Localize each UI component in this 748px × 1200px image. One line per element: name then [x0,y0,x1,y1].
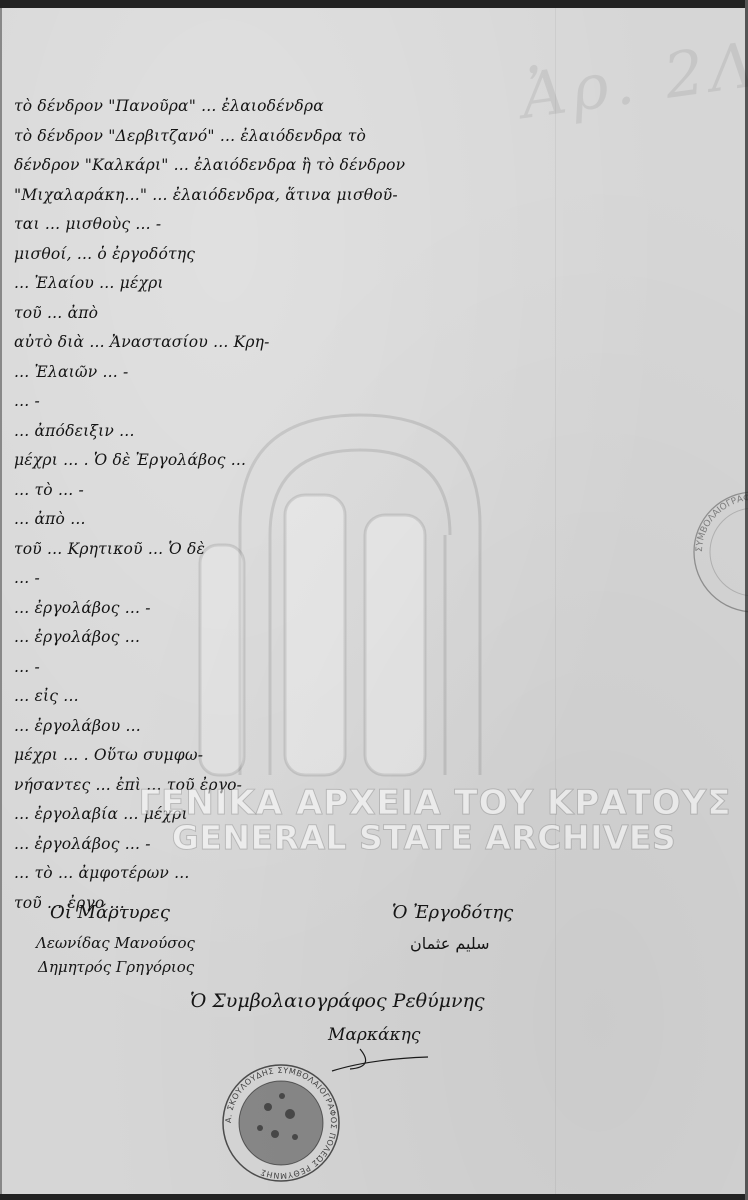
scan-border-left [0,8,2,1194]
manuscript-line: ... ἐργολάβου ... [14,712,559,742]
manuscript-line: ... τὸ ... ἀμφοτέρων ... [14,859,559,889]
notary-seal-icon: Α. ΣΚΟΥΛΟΥΔΗΣ ΣΥΜΒΟΛΑΙΟΓΡΑΦΟΣ ΠΟΛΕΩΣ ΡΕΘ… [220,1062,342,1184]
manuscript-line: τὸ δένδρον "Πανοῦρα" ... ἐλαιοδένδρα [14,92,559,122]
manuscript-line: ται ... μισθοὺς ... - [14,210,559,240]
signature-flourish-icon [330,1045,430,1075]
manuscript-line: ... Ἐλαίου ... μέχρι [14,269,559,299]
margin-seal-icon: ΣΥΜΒΟΛΑΙΟΓΡΑΦΟΣ [690,488,748,616]
manuscript-line: ... ἐργολάβος ... [14,623,559,653]
manuscript-line: δένδρον "Καλκάρι" ... ἐλαιόδενδρα ἢ τὸ δ… [14,151,559,181]
manuscript-line: ... ἐργολάβος ... - [14,594,559,624]
witness-signature: Λεωνίδας Μανούσος [36,934,195,952]
manuscript-line: αὐτὸ διὰ ... Ἀναστασίου ... Κρη- [14,328,559,358]
document-page: Ἀρ. 2ΛΛ τὸ δένδρον "Πανοῦρα" ... ἐλαιοδέ… [0,0,748,1200]
manuscript-line: ... Ἐλαιῶν ... - [14,358,559,388]
watermark-text-greek: ΓΕΝΙΚΑ ΑΡΧΕΙΑ ΤΟΥ ΚΡΑΤΟΥΣ [0,783,748,823]
manuscript-line: ... - [14,653,559,683]
manuscript-line: μισθοί, ... ὁ ἐργοδότης [14,240,559,270]
manuscript-line: ... εἰς ... [14,682,559,712]
manuscript-line: ... ἀπόδειξιν ... [14,417,559,447]
scan-border-bottom [0,1194,748,1200]
employer-heading: Ὁ Ἐργοδότης [392,902,513,923]
notary-signature: Μαρκάκης [328,1025,420,1045]
manuscript-line: τοῦ ... ἀπὸ [14,299,559,329]
watermark-text-english: GENERAL STATE ARCHIVES [0,818,748,857]
scan-border-top [0,0,748,8]
manuscript-line: "Μιχαλαράκη..." ... ἐλαιόδενδρα, ἅτινα μ… [14,181,559,211]
employer-signature: ﺳﻠﻴﻢ ﻋﺜﻤﺎﻥ [410,934,490,953]
manuscript-line: ... ἀπὸ ... [14,505,559,535]
witness-signature: Δημητρός Γρηγόριος [38,958,194,976]
manuscript-line: ... - [14,387,559,417]
manuscript-line: μέχρι ... . Οὕτω συμφω- [14,741,559,771]
manuscript-line: μέχρι ... . Ὁ δὲ Ἐργολάβος ... [14,446,559,476]
witnesses-heading: Οἱ Μάρτυρες [50,902,170,923]
notary-heading: Ὁ Συμβολαιογράφος Ρεθύμνης [190,990,485,1012]
manuscript-line: ... τὸ ... - [14,476,559,506]
manuscript-line: ... - [14,564,559,594]
manuscript-line: τὸ δένδρον "Δερβιτζανό" ... ἐλαιόδενδρα … [14,122,559,152]
manuscript-line: τοῦ ... Κρητικοῦ ... Ὁ δὲ [14,535,559,565]
